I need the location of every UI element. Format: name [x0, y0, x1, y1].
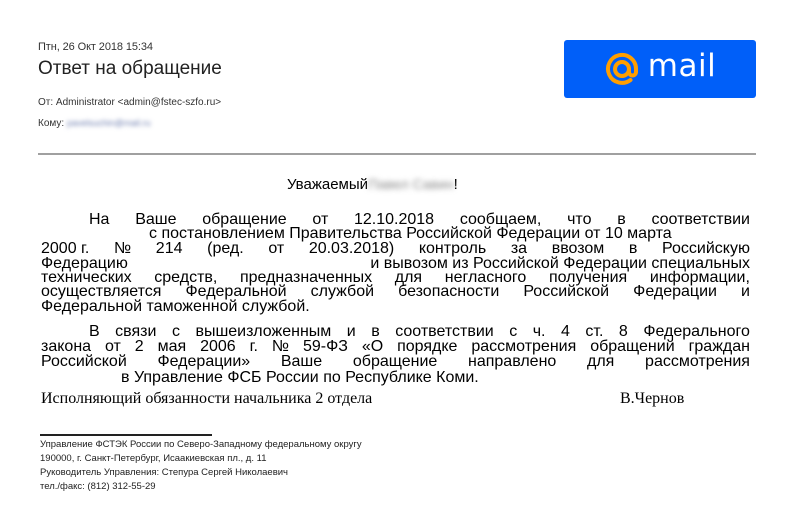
greeting-suffix: !: [454, 176, 458, 193]
email-to: Кому: pavelsuchin@mail.ru: [38, 118, 151, 129]
from-label: От:: [38, 97, 53, 108]
letter-word: 214: [156, 241, 183, 257]
from-address[interactable]: Administrator <admin@fstec-szfo.ru>: [56, 97, 221, 108]
letter-word: безопасности: [398, 284, 499, 300]
letter-word: для: [587, 354, 614, 370]
letter-word: Российской: [523, 284, 609, 300]
greeting-prefix: Уважаемый: [287, 176, 368, 193]
mail-logo[interactable]: mail: [564, 40, 756, 98]
footer-line-head: Руководитель Управления: Степура Сергей …: [40, 467, 288, 478]
email-subject: Ответ на обращение: [38, 58, 222, 80]
footer-line-address: 190000, г. Санкт-Петербург, Исаакиевская…: [40, 453, 267, 464]
letter-word: г.: [250, 339, 258, 355]
letter-word: Федерации»: [157, 354, 250, 370]
greeting: УважаемыйПавел Савин!: [287, 176, 458, 193]
signature-role: Исполняющий обязанности начальника 2 отд…: [41, 390, 372, 408]
to-address-redacted: pavelsuchin@mail.ru: [67, 118, 151, 128]
letter-word: Российской: [41, 354, 127, 370]
letter-word: Ваше: [281, 354, 322, 370]
logo-text: mail: [648, 48, 716, 84]
letter-word: Федерации: [633, 284, 717, 300]
letter-word: Федеральной таможенной службой.: [41, 299, 310, 315]
letter-line: Федеральной таможенной службой.: [41, 299, 750, 315]
footer-line-phone: тел./факс: (812) 312-55-29: [40, 481, 156, 492]
letter-word: и: [741, 284, 750, 300]
email-date: Птн, 26 Окт 2018 15:34: [38, 41, 153, 53]
letter-word: (ред.: [207, 241, 244, 257]
letter-word: 2: [135, 339, 144, 355]
greeting-name-redacted: Павел Савин: [368, 176, 454, 192]
letter-word: обращение: [353, 354, 437, 370]
letter-word: службой: [311, 284, 374, 300]
letter-word: На: [89, 212, 109, 228]
letter-word: от: [268, 241, 284, 257]
at-sign-icon: [604, 51, 640, 87]
letter-line: РоссийскойФедерации»Вашеобращениенаправл…: [41, 354, 750, 370]
letter-word: рассмотрения: [645, 354, 750, 370]
header-divider: [38, 153, 756, 155]
signature-name: В.Чернов: [620, 390, 684, 408]
to-label: Кому:: [38, 118, 64, 129]
footer-rule: [40, 434, 212, 436]
letter-word: и: [347, 324, 356, 340]
footer-line-org: Управление ФСТЭК России по Северо-Западн…: [40, 439, 362, 450]
email-from: От: Administrator <admin@fstec-szfo.ru>: [38, 97, 221, 108]
letter-line: в Управление ФСБ России по Республике Ко…: [121, 370, 750, 386]
letter-word: направлено: [468, 354, 556, 370]
letter-word: в Управление ФСБ России по Республике Ко…: [121, 370, 479, 386]
